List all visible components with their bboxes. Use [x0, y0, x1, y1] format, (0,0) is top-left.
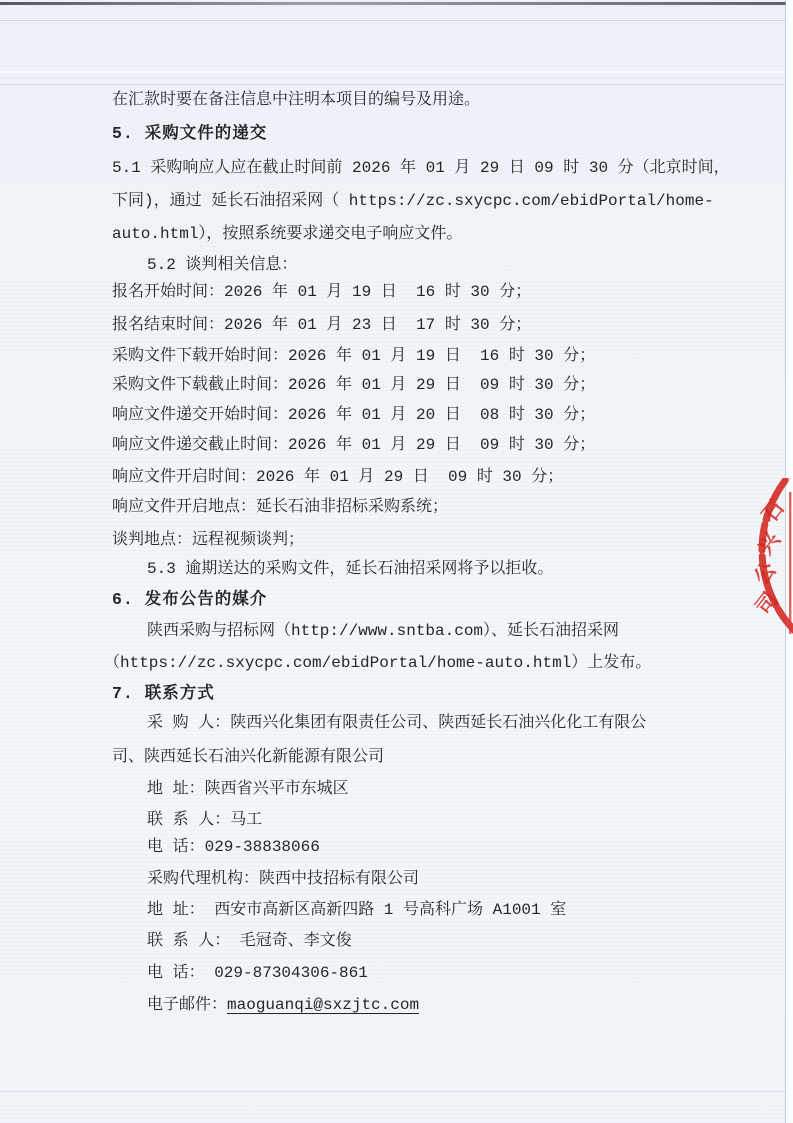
info-submission-end-time: 响应文件递交截止时间：2026 年 01 月 29 日 09 时 30 分；: [112, 434, 595, 456]
scan-streak-band: [0, 71, 793, 79]
buyer-contact-person: 联 系 人：马工: [147, 809, 262, 831]
info-download-end-time: 采购文件下载截止时间：2026 年 01 月 29 日 09 时 30 分；: [112, 374, 595, 396]
info-download-start-time: 采购文件下载开始时间：2026 年 01 月 19 日 16 时 30 分；: [112, 345, 595, 367]
agency-phone: 电 话： 029-87304306-861: [147, 962, 368, 984]
company-seal-stamp: 石 兴 公 司: [744, 478, 793, 648]
email-label: 电子邮件：: [147, 996, 227, 1014]
clause-5-1-line-3: auto.html），按照系统要求递交电子响应文件。: [112, 223, 462, 245]
paragraph-remittance-note: 在汇款时要在备注信息中注明本项目的编号及用途。: [112, 89, 480, 111]
seal-char: 公: [749, 558, 781, 589]
scan-streak-band: [0, 84, 793, 85]
seal-char: 兴: [753, 527, 785, 559]
section-7-heading: 7. 联系方式: [112, 683, 215, 705]
buyer-name-line-2: 司、陕西延长石油兴化新能源有限公司: [112, 746, 384, 768]
clause-5-2-title: 5.2 谈判相关信息：: [147, 254, 297, 276]
email-line: 电子邮件：maoguanqi@sxzjtc.com: [147, 994, 419, 1016]
info-opening-time: 响应文件开启时间：2026 年 01 月 29 日 09 时 30 分；: [112, 466, 563, 488]
scan-streak-band: [0, 20, 793, 21]
scan-streak-band: [0, 1091, 793, 1092]
buyer-address: 地 址：陕西省兴平市东城区: [147, 778, 349, 800]
agency-name: 采购代理机构：陕西中技招标有限公司: [147, 868, 419, 890]
info-submission-start-time: 响应文件递交开始时间：2026 年 01 月 20 日 08 时 30 分；: [112, 404, 595, 426]
scanned-document-page: { "colors": { "text": "#24262a", "paper"…: [0, 0, 793, 1123]
info-signup-start-time: 报名开始时间：2026 年 01 月 19 日 16 时 30 分；: [112, 281, 531, 303]
seal-clipped-edge: [789, 492, 791, 634]
agency-address: 地 址： 西安市高新区高新四路 1 号高科广场 A1001 室: [147, 899, 566, 921]
section-6-heading: 6. 发布公告的媒介: [112, 589, 267, 611]
scan-artifact-top-edge: [0, 2, 793, 5]
buyer-phone: 电 话：029-38838066: [147, 836, 320, 858]
email-address: maoguanqi@sxzjtc.com: [227, 996, 419, 1014]
media-line-1: 陕西采购与招标网（http://www.sntba.com）、延长石油招采网: [147, 620, 619, 642]
seal-graphic: 石 兴 公 司: [744, 478, 793, 648]
info-opening-place: 响应文件开启地点：延长石油非招标采购系统；: [112, 496, 448, 518]
media-line-2: （https://zc.sxycpc.com/ebidPortal/home-a…: [104, 652, 651, 674]
buyer-name-line-1: 采 购 人：陕西兴化集团有限责任公司、陕西延长石油兴化化工有限公: [147, 712, 646, 734]
seal-char: 石: [757, 496, 789, 527]
clause-5-1-line-2: 下同)，通过 延长石油招采网（ https://zc.sxycpc.com/eb…: [112, 190, 714, 212]
section-5-heading: 5. 采购文件的递交: [112, 123, 267, 145]
agency-contact-person: 联 系 人： 毛冠奇、李文俊: [147, 930, 352, 952]
clause-5-1-line-1: 5.1 采购响应人应在截止时间前 2026 年 01 月 29 日 09 时 3…: [112, 157, 730, 179]
info-signup-end-time: 报名结束时间：2026 年 01 月 23 日 17 时 30 分；: [112, 314, 531, 336]
clause-5-3: 5.3 逾期送达的采购文件，延长石油招采网将予以拒收。: [147, 558, 553, 580]
info-negotiation-place: 谈判地点：远程视频谈判；: [112, 529, 304, 551]
